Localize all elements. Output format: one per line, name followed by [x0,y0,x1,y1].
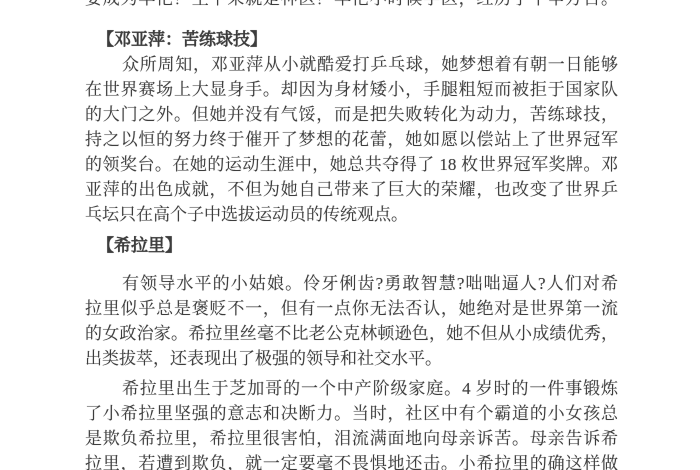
text-line: 亚萍的出色成就，不但为她自己带来了巨大的荣耀，也改变了世界乒 [85,177,618,202]
text-line: 有领导水平的小姑娘。伶牙俐齿?勇敢智慧?咄咄逼人?人们对希 [85,271,618,296]
text-line: 的大门之外。但她并没有气馁，而是把失败转化为动力，苦练球技， [85,102,618,127]
text-line: 的女政治家。希拉里丝毫不比老公克林顿逊色，她不但从小成绩优秀， [85,321,618,346]
section-heading-xilali: 【希拉里】 [85,233,618,258]
clipped-text-line: 要成为华佗？生下来就是神医？华佗小时候学医，经历了千辛万苦。 [85,0,618,11]
text-line: 持之以恒的努力终于催开了梦想的花蕾，她如愿以偿站上了世界冠军 [85,127,618,152]
text-line: 了小希拉里坚强的意志和决断力。当时，社区中有个霸道的小女孩总 [85,401,618,426]
text-line: 拉里，若遭到欺负，就一定要毫不畏惧地还击。小希拉里的确这样做 [85,451,618,470]
text-line: 在世界赛场上大显身手。却因为身材矮小，手腿粗短而被拒于国家队 [85,77,618,102]
document-page: 要成为华佗？生下来就是神医？华佗小时候学医，经历了千辛万苦。 【邓亚萍：苦练球技… [0,0,700,470]
section-heading-dengyaping: 【邓亚萍：苦练球技】 [85,27,618,52]
text-line: 的领奖台。在她的运动生涯中，她总共夺得了 18 枚世界冠军奖牌。邓 [85,152,618,177]
text-line: 众所周知，邓亚萍从小就酷爱打乒乓球，她梦想着有朝一日能够 [85,52,618,77]
text-line: 是欺负希拉里，希拉里很害怕，泪流满面地向母亲诉苦。母亲告诉希 [85,426,618,451]
text-line: 希拉里出生于芝加哥的一个中产阶级家庭。4 岁时的一件事锻炼 [85,376,618,401]
paragraph-xilali-1: 有领导水平的小姑娘。伶牙俐齿?勇敢智慧?咄咄逼人?人们对希 拉里似乎总是褒贬不一… [85,271,618,371]
text-line: 乓坛只在高个子中选拔运动员的传统观点。 [85,202,618,227]
text-line: 拉里似乎总是褒贬不一，但有一点你无法否认，她绝对是世界第一流 [85,296,618,321]
paragraph-xilali-2: 希拉里出生于芝加哥的一个中产阶级家庭。4 岁时的一件事锻炼 了小希拉里坚强的意志… [85,376,618,470]
paragraph-dengyaping: 众所周知，邓亚萍从小就酷爱打乒乓球，她梦想着有朝一日能够 在世界赛场上大显身手。… [85,52,618,227]
text-line: 出类拔萃，还表现出了极强的领导和社交水平。 [85,346,618,371]
